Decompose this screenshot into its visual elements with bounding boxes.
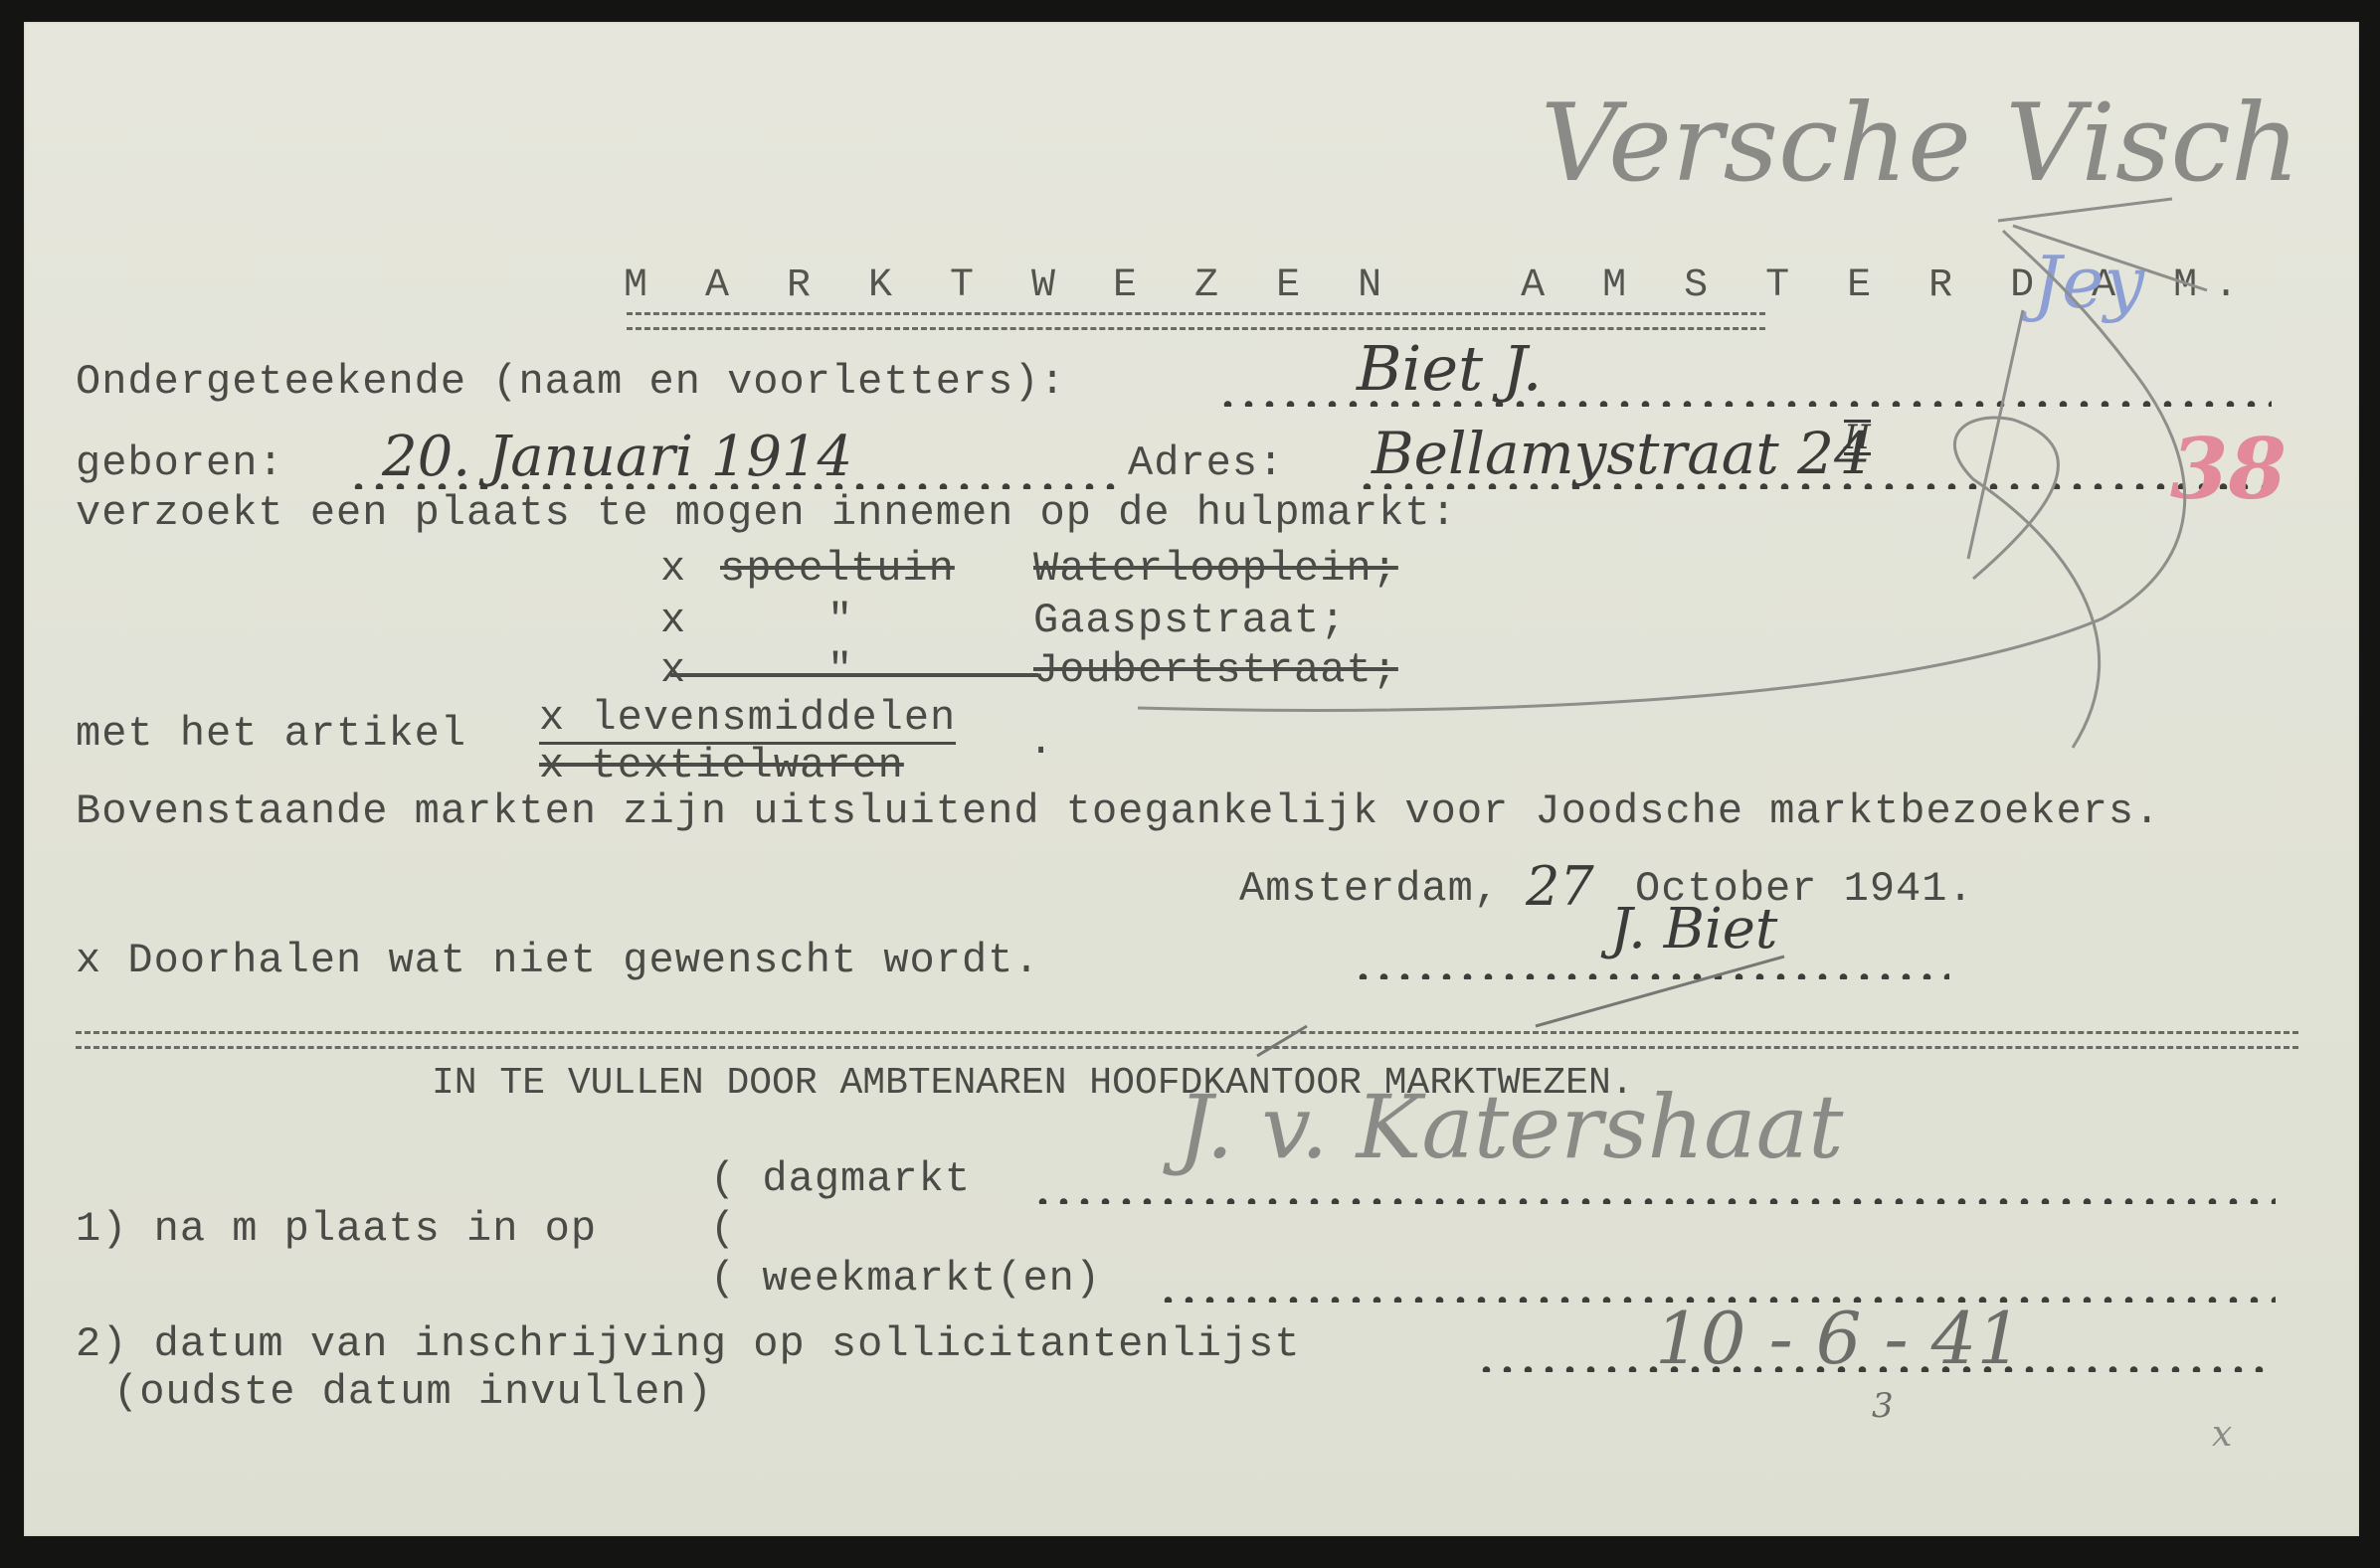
footnote: x Doorhalen wat niet gewenscht wordt. (76, 937, 1040, 984)
name-handwritten: Biet J. (1357, 332, 1542, 405)
office-signature: J. v. Katershaat (1178, 1076, 1843, 1178)
market-3-strike-line (670, 673, 1038, 677)
name-label: Ondergeteekende (naam en voorletters): (76, 358, 1066, 406)
market-name-2: Gaaspstraat; (1033, 597, 1346, 644)
market-application-card: M A R K T W E Z E N A M S T E R D A M. O… (24, 22, 2359, 1536)
market-prefix-1: speeltuin (720, 545, 955, 593)
item1-option-weekmarkt: ( weekmarkt(en) (710, 1255, 1101, 1303)
market-prefix-2: " (827, 597, 853, 644)
title-double-underline (627, 312, 1765, 330)
item1-option-dagmarkt: ( dagmarkt (710, 1155, 971, 1203)
article-option-1: x levensmiddelen (539, 694, 956, 745)
document-title: M A R K T W E Z E N A M S T E R D A M. (624, 262, 2255, 310)
article-label: met het artikel (76, 710, 466, 758)
market-name-3: Joubertstraat; (1033, 646, 1398, 694)
place-date-day: 27 (1526, 855, 1594, 918)
article-period: . (1028, 718, 1054, 766)
notice-text: Bovenstaande markten zijn uitsluitend to… (76, 787, 2160, 835)
born-label: geboren: (76, 439, 284, 487)
annotation-blue-pencil: Jey (2033, 241, 2144, 324)
annotation-versche-visch: Versche Visch (1541, 82, 2299, 206)
item1-label: 1) na m plaats in op (76, 1205, 597, 1253)
annotation-bottom-mark: x (2212, 1414, 2232, 1455)
item1-brace: ( (710, 1205, 736, 1253)
signature-dotted-line (1353, 973, 1949, 979)
item2-date-value: 10 - 6 - 41 (1655, 1297, 2022, 1380)
place-date-prefix: Amsterdam, (1239, 865, 1500, 913)
dagmarkt-dotted-line (1032, 1198, 2276, 1204)
address-floor: II (1844, 420, 1871, 455)
market-mark-2: x (660, 597, 686, 644)
item2-label: 2) datum van inschrijving op sollicitant… (76, 1320, 1301, 1368)
request-text: verzoekt een plaats te mogen innemen op … (76, 489, 1457, 537)
address-label: Adres: (1128, 439, 1284, 487)
market-prefix-3: " (827, 646, 853, 694)
market-name-1: Waterlooplein; (1033, 545, 1398, 593)
market-mark-1: x (660, 545, 686, 593)
article-option-2: x textielwaren (539, 742, 904, 789)
address-handwritten: Bellamystraat 24 (1372, 420, 1871, 487)
applicant-signature: J. Biet (1610, 897, 1777, 961)
section-separator (76, 1031, 2298, 1049)
born-handwritten: 20. Januari 1914 (382, 425, 852, 489)
market-mark-3: x (660, 646, 686, 694)
item2-sub: (oudste datum invullen) (113, 1368, 713, 1416)
item2-correction: 3 (1872, 1386, 1894, 1426)
annotation-red-number: 38 (2170, 420, 2287, 518)
